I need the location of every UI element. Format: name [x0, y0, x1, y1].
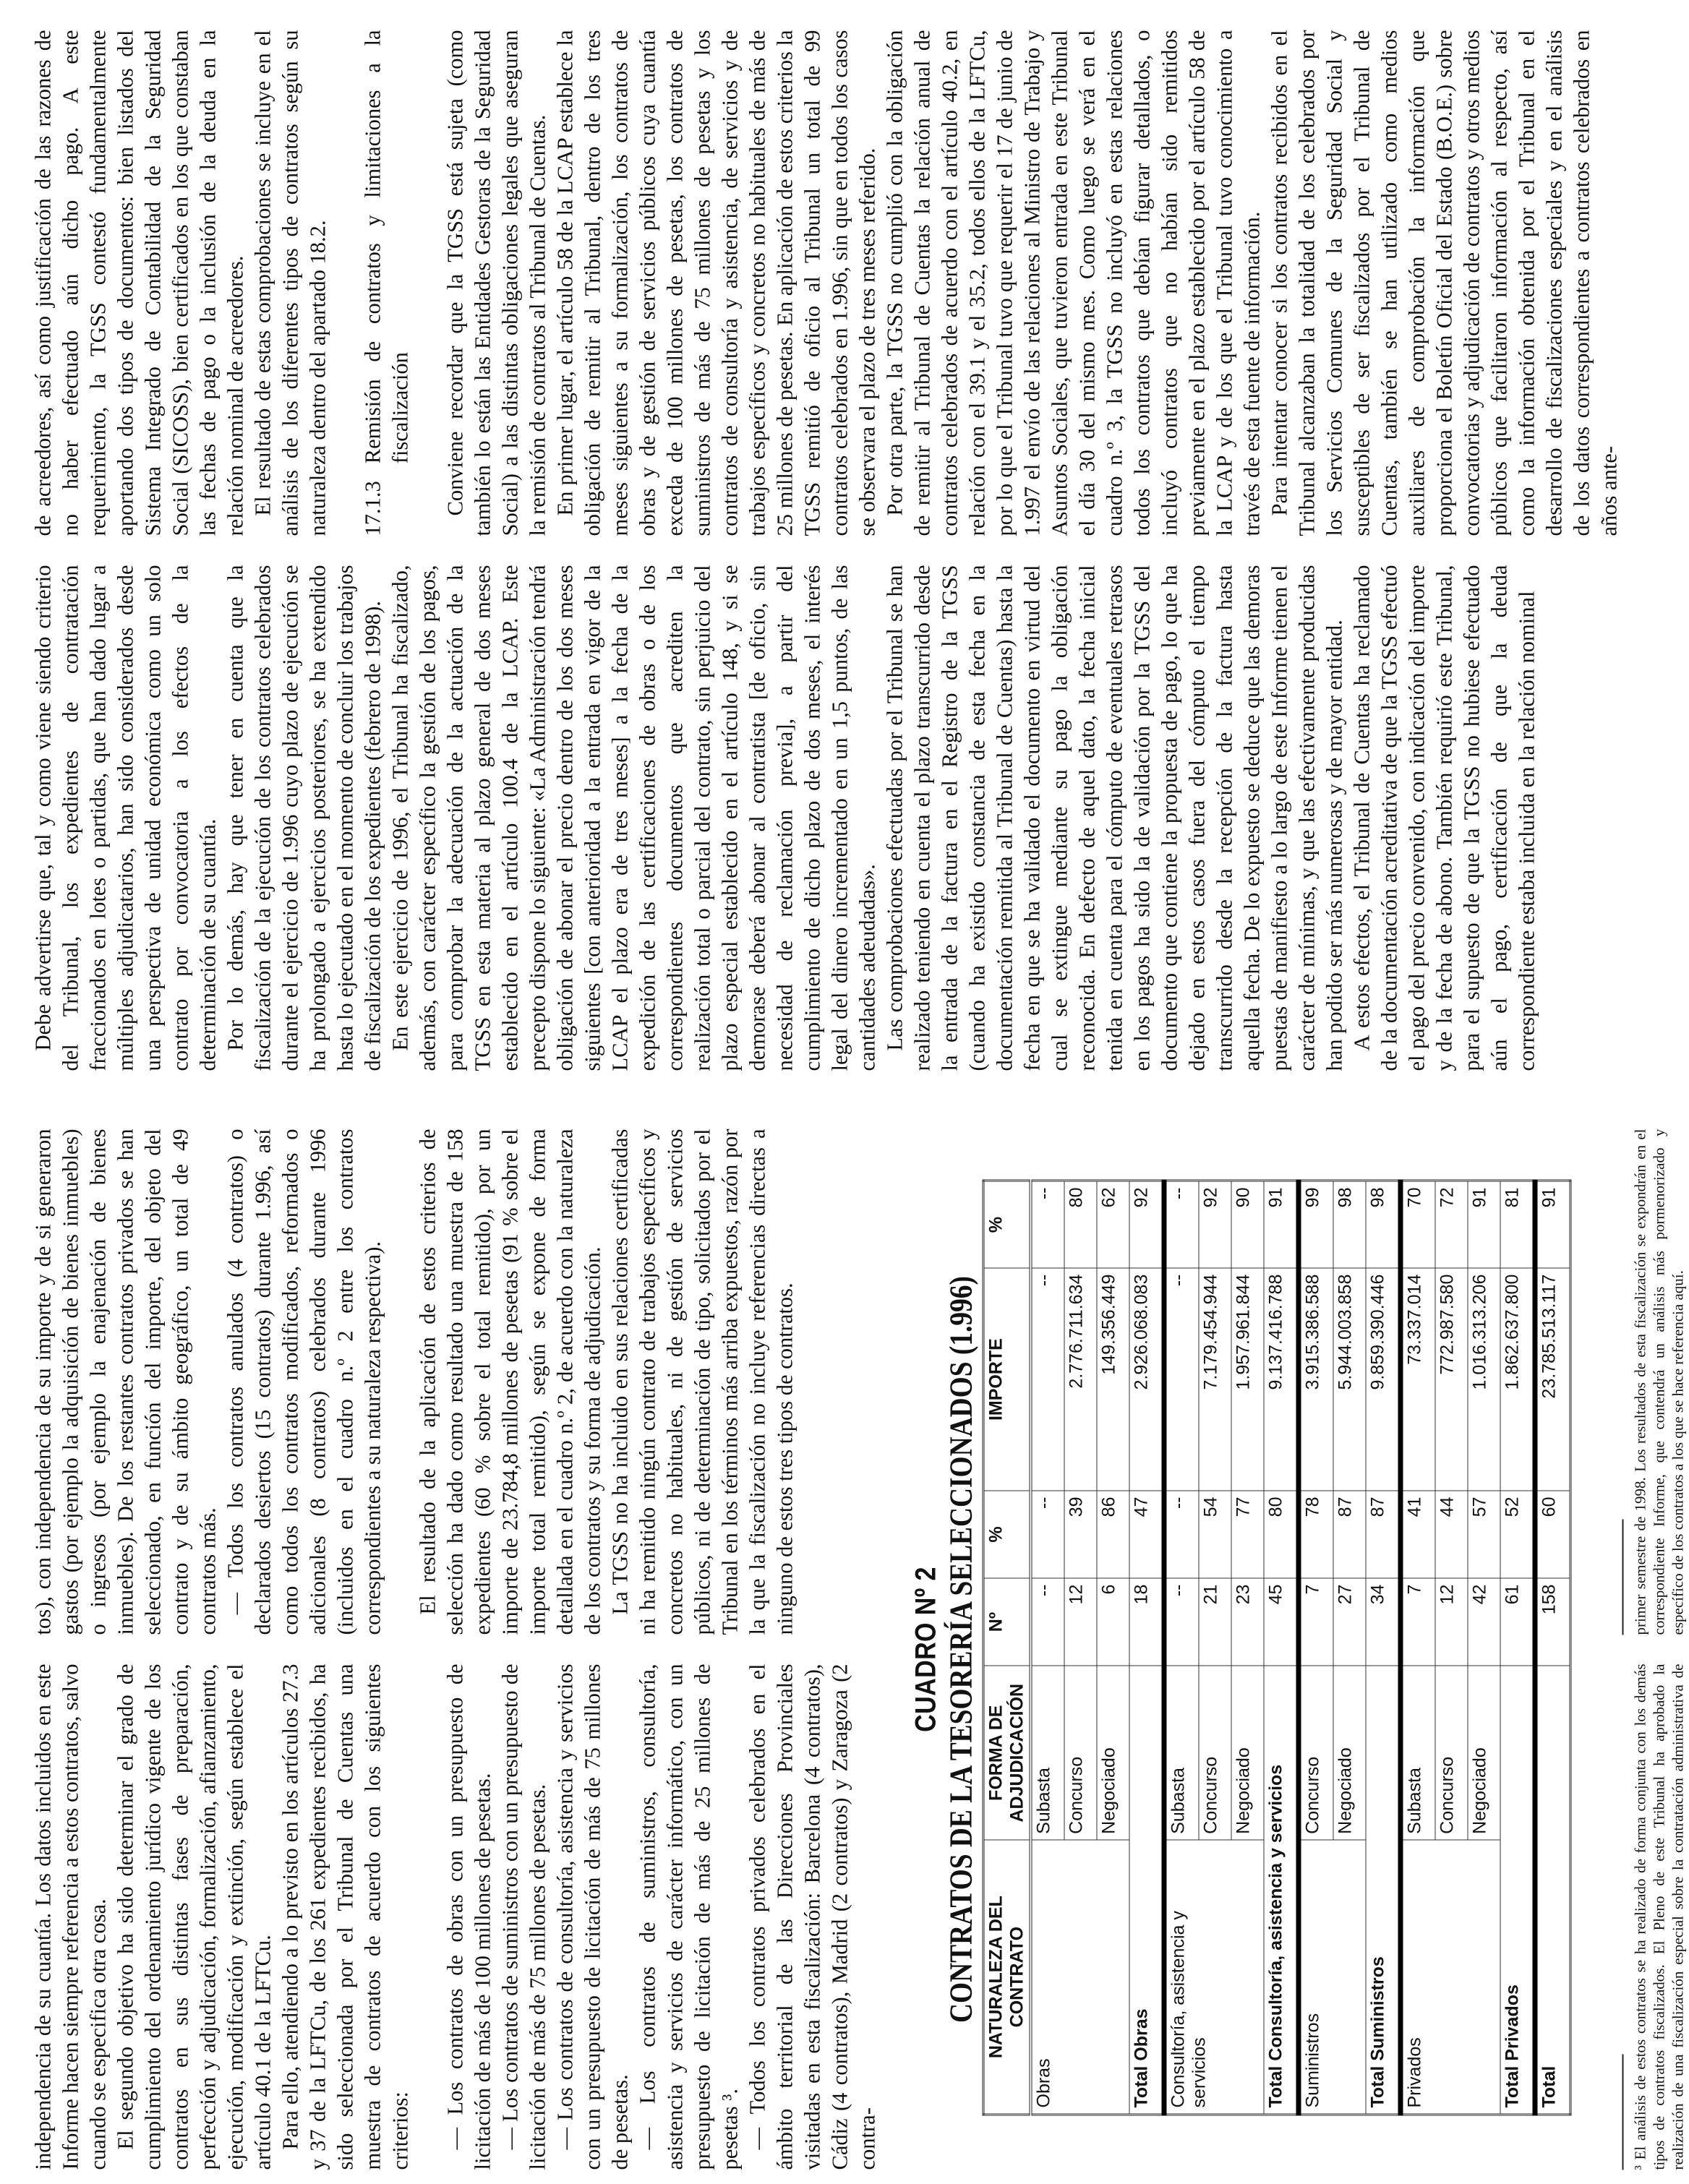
footnote-3-part1: ³ El análisis de estos contratos se ha r…	[1622, 1663, 1689, 2170]
importe-cell: 5.944.003.858	[1333, 1268, 1366, 1491]
importe-cell: 772.987.580	[1435, 1268, 1468, 1491]
contracts-table: NATURALEZA DEL CONTRATO FORMA DE ADJUDIC…	[982, 1179, 1571, 2115]
right-half: Debe advertirse que, tal y como viene si…	[29, 30, 1663, 1071]
footnote-rule	[1622, 1519, 1623, 1635]
paragraph: A estos efectos, el Tribunal de Cuentas …	[1348, 565, 1540, 1071]
paragraph: Por lo demás, hay que tener en cuenta qu…	[221, 565, 386, 1071]
numero-cell: --	[1164, 1578, 1199, 1666]
paragraph: Conviene recordar que la TGSS está sujet…	[441, 30, 551, 536]
pct-importe-cell: 72	[1435, 1181, 1468, 1268]
table-row: Consultoría, asistencia y serviciosSubas…	[1164, 1181, 1199, 2115]
footnote-3-part2: primer semestre de 1998. Los resultados …	[1622, 1129, 1689, 1635]
table-title: CONTRATOS DE LA TESORERÍA SELECCIONADOS …	[942, 1207, 979, 2091]
importe-cell: 9.859.390.446	[1366, 1268, 1401, 1491]
paragraph: El resultado de la aplicación de estos c…	[414, 1129, 606, 1635]
forma-cell: Negociado	[1468, 1666, 1500, 1840]
paragraph: Por otra parte, la TGSS no cumplió con l…	[881, 30, 1265, 536]
numero-cell: 12	[1064, 1578, 1097, 1666]
pct-numero-cell: 78	[1299, 1491, 1333, 1578]
pct-importe-cell: 70	[1401, 1181, 1435, 1268]
naturaleza-cell: Privados	[1401, 1840, 1500, 2115]
pct-numero-cell: 41	[1401, 1491, 1435, 1578]
importe-cell: 2.776.711.634	[1064, 1268, 1097, 1491]
paragraph: tos), con independencia de su importe y …	[29, 1129, 221, 1635]
importe-cell: 73.337.014	[1401, 1268, 1435, 1491]
table-row: ObrasSubasta--------	[1030, 1181, 1064, 2115]
forma-cell: Concurso	[1299, 1666, 1333, 1840]
table-total-row: Total Privados61521.862.637.80081	[1500, 1181, 1535, 2115]
naturaleza-cell: Obras	[1030, 1840, 1129, 2115]
importe-cell: 149.356.449	[1097, 1268, 1129, 1491]
numero-cell: 21	[1199, 1578, 1231, 1666]
pct-numero-cell: 57	[1468, 1491, 1500, 1578]
header-pct-numero: %	[983, 1491, 1031, 1578]
pct-numero-cell: 86	[1097, 1491, 1129, 1578]
numero-cell: 61	[1500, 1578, 1535, 1666]
paragraph: En primer lugar, el artículo 58 de la LC…	[551, 30, 881, 536]
section-heading: 17.1.3Remisión de contratos y limitacion…	[359, 30, 414, 536]
pct-numero-cell: 80	[1264, 1491, 1299, 1578]
paragraph: En este ejercicio de 1996, el Tribunal h…	[386, 565, 881, 1071]
forma-cell: Concurso	[1199, 1666, 1231, 1840]
forma-cell: Negociado	[1231, 1666, 1264, 1840]
pct-numero-cell: 60	[1535, 1491, 1570, 1578]
table-total-row: Total Suministros34879.859.390.44698	[1366, 1181, 1401, 2115]
importe-cell: 1.016.313.206	[1468, 1268, 1500, 1491]
importe-cell: 2.926.068.083	[1129, 1268, 1164, 1491]
numero-cell: --	[1030, 1578, 1064, 1666]
footnotes: ³ El análisis de estos contratos se ha r…	[1622, 1129, 1689, 2170]
paragraph: — Los contratos de consultoría, asistenc…	[551, 1663, 633, 2170]
header-importe: IMPORTE	[983, 1268, 1031, 1491]
importe-cell: 23.785.513.117	[1535, 1268, 1570, 1491]
pct-importe-cell: 92	[1199, 1181, 1231, 1268]
pct-importe-cell: 91	[1535, 1181, 1570, 1268]
forma-cell: Subasta	[1401, 1666, 1435, 1840]
section-title: Remisión de contratos y limitaciones a l…	[359, 30, 414, 463]
pct-importe-cell: 90	[1231, 1181, 1264, 1268]
pct-importe-cell: --	[1030, 1181, 1064, 1268]
header-numero: Nº	[983, 1578, 1031, 1666]
header-forma: FORMA DE ADJUDICACIÓN	[983, 1666, 1031, 1840]
table-row: SuministrosConcurso7783.915.386.58899	[1299, 1181, 1333, 2115]
pct-numero-cell: 87	[1366, 1491, 1401, 1578]
total-label: Total	[1535, 1666, 1570, 2115]
paragraph: La TGSS no ha incluido en sus relaciones…	[606, 1129, 798, 1635]
paragraph: El resultado de estas comprobaciones se …	[249, 30, 331, 536]
total-label: Total Suministros	[1366, 1666, 1401, 2115]
table-row: PrivadosSubasta74173.337.01470	[1401, 1181, 1435, 2115]
importe-cell: 3.915.386.588	[1299, 1268, 1333, 1491]
numero-cell: 45	[1264, 1578, 1299, 1666]
paragraph: — Los contratos de suministros, consulto…	[633, 1663, 743, 2170]
total-label: Total Consultoría, asistencia y servicio…	[1264, 1666, 1299, 2115]
forma-cell: Subasta	[1030, 1666, 1064, 1840]
header-naturaleza: NATURALEZA DEL CONTRATO	[983, 1840, 1031, 2115]
paragraph: Debe advertirse que, tal y como viene si…	[29, 565, 221, 1071]
pct-numero-cell: 39	[1064, 1491, 1097, 1578]
forma-cell: Concurso	[1064, 1666, 1097, 1840]
numero-cell: 12	[1435, 1578, 1468, 1666]
paragraph: — Todos los contratos anulados (4 contra…	[221, 1129, 386, 1635]
importe-cell: --	[1030, 1268, 1064, 1491]
pct-importe-cell: 81	[1500, 1181, 1535, 1268]
paragraph: Para intentar conocer si los contratos r…	[1265, 30, 1622, 536]
forma-cell: Subasta	[1164, 1666, 1199, 1840]
numero-cell: 34	[1366, 1578, 1401, 1666]
naturaleza-cell: Consultoría, asistencia y servicios	[1164, 1840, 1264, 2115]
table-header-row: NATURALEZA DEL CONTRATO FORMA DE ADJUDIC…	[983, 1181, 1031, 2115]
footnote-rule	[1622, 2054, 1623, 2170]
numero-cell: 27	[1333, 1578, 1366, 1666]
left-text-column-2: tos), con independencia de su importe y …	[29, 1129, 881, 1635]
total-label: Total Privados	[1500, 1666, 1535, 2115]
table-total-row: Total Obras18472.926.068.08392	[1129, 1181, 1164, 2115]
pct-numero-cell: 54	[1199, 1491, 1231, 1578]
pct-importe-cell: 80	[1064, 1181, 1097, 1268]
paragraph: independencia de su cuantía. Los datos i…	[29, 1663, 111, 2170]
numero-cell: 6	[1097, 1578, 1129, 1666]
pct-importe-cell: 99	[1299, 1181, 1333, 1268]
numero-cell: 23	[1231, 1578, 1264, 1666]
table-total-row: Total1586023.785.513.11791	[1535, 1181, 1570, 2115]
numero-cell: 7	[1299, 1578, 1333, 1666]
numero-cell: 18	[1129, 1578, 1164, 1666]
numero-cell: 42	[1468, 1578, 1500, 1666]
paragraph: Para ello, atendiendo a lo previsto en l…	[276, 1663, 414, 2170]
forma-cell: Concurso	[1435, 1666, 1468, 1840]
naturaleza-cell: Suministros	[1299, 1840, 1366, 2115]
right-text-column-1: Debe advertirse que, tal y como viene si…	[29, 565, 1622, 1071]
pct-importe-cell: 91	[1264, 1181, 1299, 1268]
pct-numero-cell: --	[1164, 1491, 1199, 1578]
importe-cell: --	[1164, 1268, 1199, 1491]
pct-importe-cell: 98	[1333, 1181, 1366, 1268]
total-label: Total Obras	[1129, 1666, 1164, 2115]
paragraph: de acreedores, así como justificación de…	[29, 30, 249, 536]
right-text-column-2: de acreedores, así como justificación de…	[29, 30, 1622, 536]
pct-importe-cell: 62	[1097, 1181, 1129, 1268]
numero-cell: 158	[1535, 1578, 1570, 1666]
table-number: CUADRO Nº 2	[910, 1207, 942, 2091]
forma-cell: Negociado	[1333, 1666, 1366, 1840]
cuadro-2: CUADRO Nº 2 CONTRATOS DE LA TESORERÍA SE…	[910, 1129, 1571, 2170]
pct-importe-cell: 92	[1129, 1181, 1164, 1268]
pct-numero-cell: 47	[1129, 1491, 1164, 1578]
paragraph: El segundo objetivo ha sido determinar e…	[111, 1663, 276, 2170]
importe-cell: 1.862.637.800	[1500, 1268, 1535, 1491]
paragraph: — Los contratos de suministros con un pr…	[496, 1663, 551, 2170]
pct-importe-cell: 91	[1468, 1181, 1500, 1268]
pct-numero-cell: --	[1030, 1491, 1064, 1578]
section-number: 17.1.3	[359, 481, 414, 536]
pct-numero-cell: 52	[1500, 1491, 1535, 1578]
pct-numero-cell: 87	[1333, 1491, 1366, 1578]
importe-cell: 7.179.454.944	[1199, 1268, 1231, 1491]
importe-cell: 9.137.416.788	[1264, 1268, 1299, 1491]
left-text-column-1: independencia de su cuantía. Los datos i…	[29, 1663, 881, 2170]
document-page: independencia de su cuantía. Los datos i…	[0, 0, 1689, 2184]
header-pct-importe: %	[983, 1181, 1031, 1268]
pct-numero-cell: 77	[1231, 1491, 1264, 1578]
numero-cell: 7	[1401, 1578, 1435, 1666]
paragraph: — Los contratos de obras con un presupue…	[441, 1663, 496, 2170]
pct-numero-cell: 44	[1435, 1491, 1468, 1578]
left-half: independencia de su cuantía. Los datos i…	[29, 1129, 1663, 2170]
importe-cell: 1.957.961.844	[1231, 1268, 1264, 1491]
forma-cell: Negociado	[1097, 1666, 1129, 1840]
paragraph: — Todos los contratos privados celebrado…	[743, 1663, 881, 2170]
paragraph: Las comprobaciones efectuadas por el Tri…	[881, 565, 1348, 1071]
pct-importe-cell: 98	[1366, 1181, 1401, 1268]
table-total-row: Total Consultoría, asistencia y servicio…	[1264, 1181, 1299, 2115]
pct-importe-cell: --	[1164, 1181, 1199, 1268]
